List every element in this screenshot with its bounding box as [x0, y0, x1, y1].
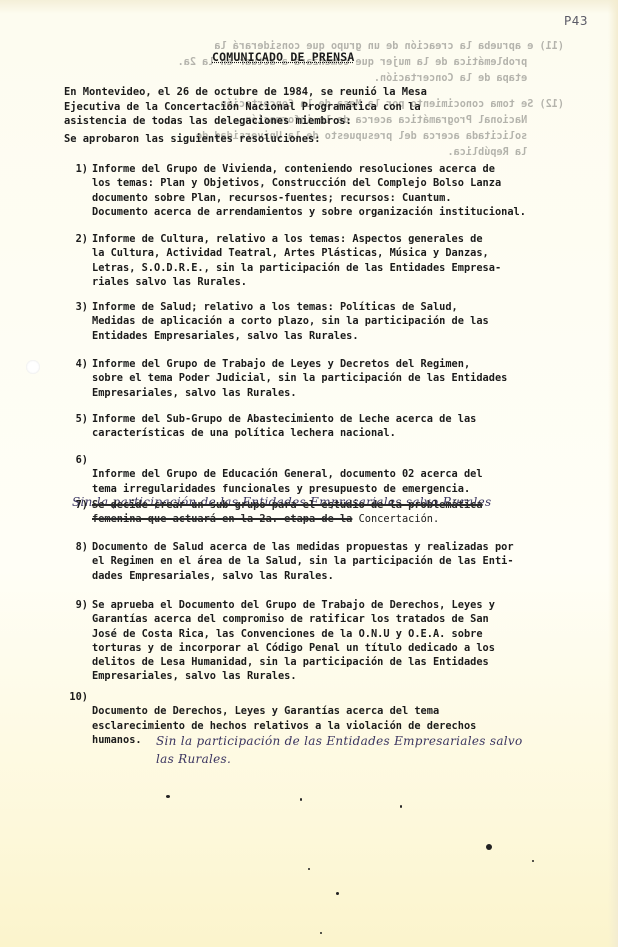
item-number: 1)	[62, 162, 92, 219]
resolutions-heading: Se aprobaron las siguientes resoluciones…	[64, 133, 320, 145]
resolution-item-1: 1) Informe del Grupo de Vivienda, conten…	[62, 162, 612, 219]
item-text: Informe del Grupo de Educación General, …	[92, 468, 483, 494]
item-number: 5)	[62, 412, 92, 441]
resolution-item-5: 5) Informe del Sub-Grupo de Abastecimien…	[62, 412, 612, 441]
handwritten-annotation: Sin la participación de las Entidades Em…	[156, 732, 536, 768]
item-number: 4)	[62, 357, 92, 400]
scan-speck	[532, 860, 534, 862]
bleed-through-line: etapa de la Concertación.	[64, 72, 564, 86]
page-title: COMUNICADO DE PRENSA	[212, 50, 354, 64]
item-number: 9)	[62, 598, 92, 684]
punch-hole	[26, 360, 40, 374]
item-text: Informe de Cultura, relativo a los temas…	[92, 232, 612, 289]
item-text: Concertación.	[359, 513, 440, 525]
item-number: 7)	[62, 498, 92, 527]
resolution-item-7: 7) Se decide crear un sub-grupo para el …	[62, 498, 612, 527]
item-text: Informe del Sub-Grupo de Abastecimiento …	[92, 412, 612, 441]
item-text: Se aprueba el Documento del Grupo de Tra…	[92, 598, 612, 684]
item-number: 2)	[62, 232, 92, 289]
item-number: 3)	[62, 300, 92, 343]
bleed-through-line: la República.	[64, 146, 564, 160]
resolution-item-2: 2) Informe de Cultura, relativo a los te…	[62, 232, 612, 289]
scan-speck	[320, 932, 322, 934]
scan-speck	[400, 805, 402, 808]
item-text: Informe del Grupo de Trabajo de Leyes y …	[92, 357, 612, 400]
item-text: Informe de Salud; relativo a los temas: …	[92, 300, 612, 343]
resolution-item-4: 4) Informe del Grupo de Trabajo de Leyes…	[62, 357, 612, 400]
item-text: Documento de Salud acerca de las medidas…	[92, 540, 612, 583]
scan-speck	[486, 844, 492, 850]
resolution-item-10: 10) Documento de Derechos, Leyes y Garan…	[62, 690, 612, 782]
scan-speck	[308, 868, 310, 870]
resolution-item-3: 3) Informe de Salud; relativo a los tema…	[62, 300, 612, 343]
item-number: 8)	[62, 540, 92, 583]
item-number: 10)	[62, 690, 92, 782]
intro-paragraph: En Montevideo, el 26 de octubre de 1984,…	[64, 85, 524, 129]
scan-speck	[166, 795, 170, 798]
resolution-item-9: 9) Se aprueba el Documento del Grupo de …	[62, 598, 612, 684]
page-reference: P43	[564, 14, 588, 28]
document-page: P43 (11) e aprueba la creación de un gru…	[0, 0, 618, 947]
intro-line: Ejecutiva de la Concertación Nacional Pr…	[64, 100, 524, 115]
resolution-item-8: 8) Documento de Salud acerca de las medi…	[62, 540, 612, 583]
intro-line: asistencia de todas las delegaciones mie…	[64, 114, 524, 129]
intro-line: En Montevideo, el 26 de octubre de 1984,…	[64, 85, 524, 100]
scan-speck	[300, 798, 302, 801]
item-text: Informe del Grupo de Vivienda, contenien…	[92, 162, 612, 219]
scan-speck	[336, 892, 339, 895]
